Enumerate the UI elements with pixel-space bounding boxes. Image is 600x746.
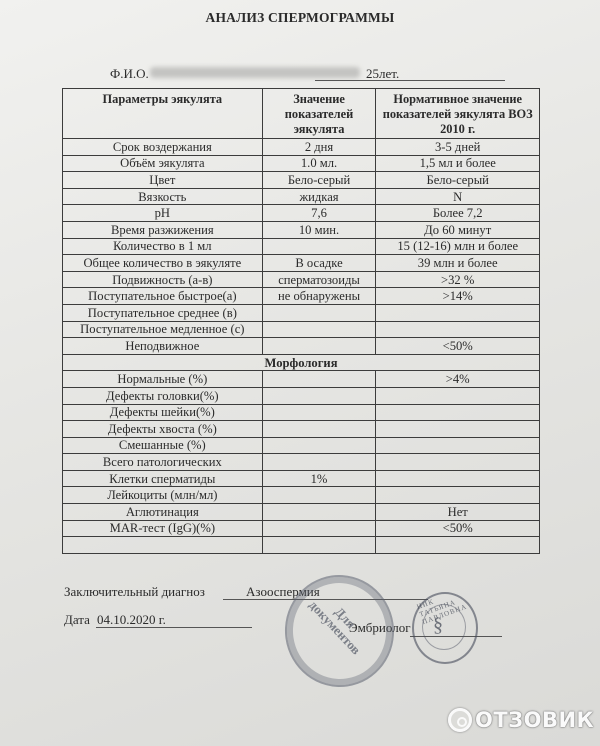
fio-value-blurred: [150, 67, 360, 78]
personal-stamp: НИК ТАТЬЯНА ПАВЛОВНА §: [412, 592, 478, 664]
cell-norm: [376, 437, 540, 454]
header-value: Значение показателей эякулята: [262, 89, 376, 139]
table-row: Всего патологических: [63, 454, 540, 471]
cell-norm: [376, 454, 540, 471]
cell-value: сперматозоиды: [262, 271, 376, 288]
cell-param: Аглютинация: [63, 504, 263, 521]
cell-value: [262, 487, 376, 504]
cell-param: Поступательное быстрое(а): [63, 288, 263, 305]
cell-value: Бело-серый: [262, 172, 376, 189]
otzovik-logo-icon: [448, 708, 472, 732]
table-row: Общее количество в эякулятеВ осадке39 мл…: [63, 255, 540, 272]
cell-param: Лейкоциты (млн/мл): [63, 487, 263, 504]
cell-value: 2 дня: [262, 139, 376, 156]
cell-value: жидкая: [262, 188, 376, 205]
date-value: 04.10.2020 г.: [97, 612, 166, 628]
cell-value: [262, 537, 376, 554]
diagnosis-label: Заключительный диагноз: [64, 584, 205, 600]
table-row: MAR-тест (IgG)(%)<50%: [63, 520, 540, 537]
cell-param: [63, 537, 263, 554]
cell-norm: [376, 421, 540, 438]
cell-param: Поступательное медленное (с): [63, 321, 263, 338]
cell-norm: N: [376, 188, 540, 205]
cell-param: Неподвижное: [63, 338, 263, 355]
table-row: Дефекты хвоста (%): [63, 421, 540, 438]
patient-info: Ф.И.О. 25лет.: [110, 66, 500, 80]
cell-param: Дефекты головки(%): [63, 387, 263, 404]
cell-norm: >14%: [376, 288, 540, 305]
cell-param: Поступательное среднее (в): [63, 304, 263, 321]
cell-norm: Бело-серый: [376, 172, 540, 189]
cell-value: не обнаружены: [262, 288, 376, 305]
spermogram-table: Параметры эякулята Значение показателей …: [62, 88, 540, 554]
cell-param: Всего патологических: [63, 454, 263, 471]
cell-param: MAR-тест (IgG)(%): [63, 520, 263, 537]
section-row-morphology: Морфология: [63, 354, 540, 371]
table-row: [63, 537, 540, 554]
cell-norm: [376, 321, 540, 338]
cell-norm: Нет: [376, 504, 540, 521]
table-row: Поступательное быстрое(а)не обнаружены>1…: [63, 288, 540, 305]
cell-param: Дефекты шейки(%): [63, 404, 263, 421]
table-row: ВязкостьжидкаяN: [63, 188, 540, 205]
cell-param: Количество в 1 мл: [63, 238, 263, 255]
cell-param: Срок воздержания: [63, 139, 263, 156]
table-row: Дефекты шейки(%): [63, 404, 540, 421]
cell-norm: [376, 387, 540, 404]
table-row: Подвижность (а-в)сперматозоиды>32 %: [63, 271, 540, 288]
cell-value: В осадке: [262, 255, 376, 272]
document-title: АНАЛИЗ СПЕРМОГРАММЫ: [0, 10, 600, 26]
cell-value: [262, 321, 376, 338]
table-header-row: Параметры эякулята Значение показателей …: [63, 89, 540, 139]
table-row: Дефекты головки(%): [63, 387, 540, 404]
cell-value: [262, 371, 376, 388]
table-row: Нормальные (%)>4%: [63, 371, 540, 388]
watermark-text: ОТЗОВИК: [475, 708, 594, 732]
cell-norm: 39 млн и более: [376, 255, 540, 272]
cell-value: 10 мин.: [262, 221, 376, 238]
cell-norm: [376, 404, 540, 421]
cell-norm: <50%: [376, 338, 540, 355]
cell-norm: До 60 минут: [376, 221, 540, 238]
cell-norm: [376, 537, 540, 554]
cell-norm: <50%: [376, 520, 540, 537]
cell-norm: 15 (12-16) млн и более: [376, 238, 540, 255]
cell-value: [262, 238, 376, 255]
cell-value: [262, 404, 376, 421]
header-parameter: Параметры эякулята: [63, 89, 263, 139]
cell-param: pH: [63, 205, 263, 222]
table-row: Срок воздержания2 дня3-5 дней: [63, 139, 540, 156]
table-row: Поступательное медленное (с): [63, 321, 540, 338]
cell-norm: [376, 470, 540, 487]
header-norm: Нормативное значение показателей эякулят…: [376, 89, 540, 139]
table-row: Объём эякулята1.0 мл.1,5 мл и более: [63, 155, 540, 172]
cell-param: Цвет: [63, 172, 263, 189]
section-title: Морфология: [63, 354, 540, 371]
cell-norm: >4%: [376, 371, 540, 388]
cell-value: [262, 338, 376, 355]
cell-norm: [376, 304, 540, 321]
round-stamp-text: Для документов: [305, 587, 375, 659]
snake-bowl-icon: §: [433, 614, 443, 637]
cell-norm: 1,5 мл и более: [376, 155, 540, 172]
table-row: Поступательное среднее (в): [63, 304, 540, 321]
cell-param: Объём эякулята: [63, 155, 263, 172]
cell-param: Клетки сперматиды: [63, 470, 263, 487]
table-row: Неподвижное<50%: [63, 338, 540, 355]
fio-underline: [315, 80, 505, 81]
table-row: pH7,6Более 7,2: [63, 205, 540, 222]
cell-value: [262, 437, 376, 454]
cell-param: Вязкость: [63, 188, 263, 205]
date-label: Дата: [64, 612, 90, 628]
cell-value: [262, 520, 376, 537]
table-row: АглютинацияНет: [63, 504, 540, 521]
cell-value: [262, 421, 376, 438]
cell-norm: 3-5 дней: [376, 139, 540, 156]
cell-norm: >32 %: [376, 271, 540, 288]
cell-value: [262, 304, 376, 321]
cell-value: 1%: [262, 470, 376, 487]
cell-param: Подвижность (а-в): [63, 271, 263, 288]
table-row: Лейкоциты (млн/мл): [63, 487, 540, 504]
table-row: Клетки сперматиды1%: [63, 470, 540, 487]
date-underline: [96, 627, 252, 628]
cell-param: Время разжижения: [63, 221, 263, 238]
cell-value: [262, 387, 376, 404]
fio-label: Ф.И.О.: [110, 66, 149, 82]
cell-value: [262, 454, 376, 471]
table-row: ЦветБело-серыйБело-серый: [63, 172, 540, 189]
cell-value: 1.0 мл.: [262, 155, 376, 172]
cell-param: Смешанные (%): [63, 437, 263, 454]
cell-value: 7,6: [262, 205, 376, 222]
cell-norm: [376, 487, 540, 504]
cell-param: Дефекты хвоста (%): [63, 421, 263, 438]
table-row: Смешанные (%): [63, 437, 540, 454]
cell-value: [262, 504, 376, 521]
cell-param: Нормальные (%): [63, 371, 263, 388]
cell-param: Общее количество в эякуляте: [63, 255, 263, 272]
table-row: Количество в 1 мл15 (12-16) млн и более: [63, 238, 540, 255]
otzovik-watermark: ОТЗОВИК: [448, 705, 594, 735]
table-row: Время разжижения10 мин.До 60 минут: [63, 221, 540, 238]
personal-stamp-inner-ring: [422, 604, 466, 650]
cell-norm: Более 7,2: [376, 205, 540, 222]
